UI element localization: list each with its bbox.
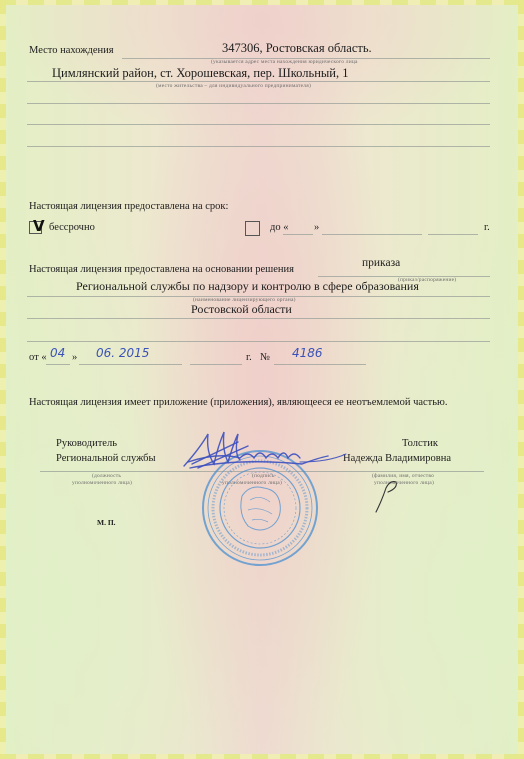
order-year-line	[190, 364, 242, 365]
order-quote-close: »	[72, 352, 77, 363]
location-value-2: Цимлянский район, ст. Хорошевская, пер. …	[52, 66, 348, 81]
caption-position-1: (должность	[92, 473, 121, 479]
order-day-value: 04	[50, 346, 65, 360]
authority-line-2	[27, 318, 490, 319]
order-number-line	[274, 364, 366, 365]
authority-value-1: Региональной службы по надзору и контрол…	[76, 279, 419, 294]
decorative-border-bottom	[0, 754, 524, 759]
decision-type-value: приказа	[362, 257, 400, 269]
license-page: Место нахождения 347306, Ростовская обла…	[0, 0, 524, 759]
until-label: до «	[270, 222, 288, 233]
blank-line-2	[27, 124, 490, 125]
until-month-line	[322, 234, 422, 235]
basis-label: Настоящая лицензия предоставлена на осно…	[29, 264, 294, 275]
blank-line-1	[27, 103, 490, 104]
location-label: Место нахождения	[29, 45, 114, 56]
decorative-border-right	[518, 0, 524, 759]
order-month-year-value: 06. 2015	[96, 346, 149, 360]
authority-value-2: Ростовской области	[191, 302, 292, 317]
until-year-line	[428, 234, 478, 235]
order-number-label: №	[260, 352, 270, 363]
location-value-1: 347306, Ростовская область.	[222, 41, 372, 56]
order-day-line	[46, 364, 70, 365]
order-month-line	[79, 364, 182, 365]
position-line-1: Руководитель	[56, 438, 117, 449]
position-line-2: Региональной службы	[56, 453, 156, 464]
order-year-suffix: г.	[246, 352, 252, 363]
name-line-2: Надежда Владимировна	[343, 453, 451, 464]
location-line-2	[27, 81, 490, 82]
name-line-1: Толстик	[402, 438, 438, 449]
initial-mark-icon	[372, 478, 402, 514]
unlimited-label: бессрочно	[49, 222, 95, 233]
seal-label: М. П.	[97, 518, 116, 527]
signature-icon	[178, 428, 348, 472]
blank-line-3	[27, 146, 490, 147]
until-quote-close: »	[314, 222, 319, 233]
order-number-value: 4186	[292, 346, 323, 360]
until-year-suffix: г.	[484, 222, 490, 233]
check-mark-icon: V	[33, 219, 45, 234]
location-caption-1: (указывается адрес места нахождения юрид…	[211, 59, 358, 65]
decorative-border-left	[0, 0, 6, 759]
appendix-note: Настоящая лицензия имеет приложение (при…	[29, 397, 448, 408]
decorative-border-top	[0, 0, 524, 5]
location-caption-2: (место жительства – для индивидуального …	[156, 83, 311, 89]
authority-line-3	[27, 341, 490, 342]
term-label: Настоящая лицензия предоставлена на срок…	[29, 201, 228, 212]
order-prefix: от «	[29, 352, 47, 363]
caption-position-2: уполномоченного лица)	[72, 480, 132, 486]
until-checkbox[interactable]	[245, 221, 260, 236]
until-day-line	[283, 234, 313, 235]
